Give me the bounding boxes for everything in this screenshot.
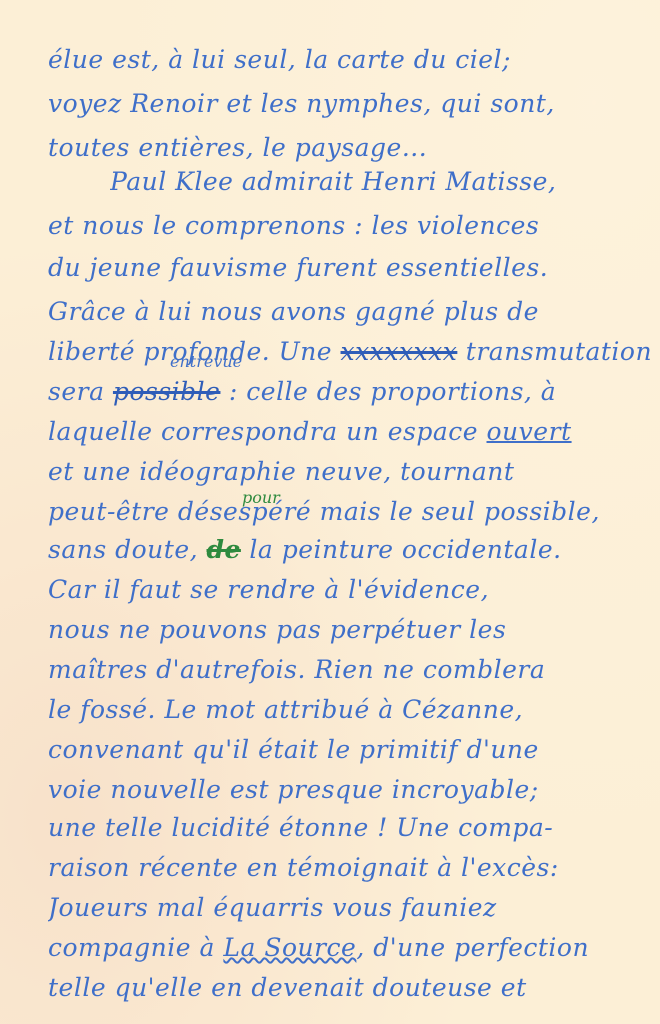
letter-line: nous ne pouvons pas perpétuer les — [48, 610, 660, 650]
letter-line: voie nouvelle est presque incroyable; — [48, 770, 660, 810]
letter-line: liberté profonde. Une xxxxxxxx transmuta… — [48, 332, 660, 372]
letter-line: Car il faut se rendre à l'évidence, — [48, 570, 660, 610]
letter-line: voyez Renoir et les nymphes, qui sont, — [48, 84, 660, 124]
struck-word: xxxxxxxx — [341, 337, 458, 366]
letter-page: élue est, à lui seul, la carte du ciel; … — [0, 0, 660, 1024]
paragraph-start-line: Paul Klee admirait Henri Matisse, — [110, 162, 660, 202]
struck-word: possible — [113, 377, 221, 406]
letter-line: et une idéographie neuve, tournant — [48, 452, 660, 492]
letter-line: convenant qu'il était le primitif d'une — [48, 730, 660, 770]
line-text: , d'une perfection — [356, 933, 589, 962]
letter-line: du jeune fauvisme furent essentielles. — [48, 248, 660, 288]
letter-line: Grâce à lui nous avons gagné plus de — [48, 292, 660, 332]
line-text: sera — [48, 377, 113, 406]
letter-line: Joueurs mal équarris vous fauniez — [48, 888, 660, 928]
line-text: compagnie à — [48, 933, 223, 962]
line-text: la peinture occidentale. — [241, 535, 562, 564]
letter-line: une telle lucidité étonne ! Une compa- — [48, 808, 660, 848]
line-text: transmutation — [457, 337, 652, 366]
underlined-title: La Source — [223, 933, 356, 962]
underlined-word: ouvert — [487, 417, 572, 446]
letter-line: et nous le comprenons : les violences — [48, 206, 660, 246]
line-text: : celle des proportions, à — [220, 377, 556, 406]
line-text: sans doute, — [48, 535, 207, 564]
letter-line: sans doute, de la peinture occidentale. — [48, 530, 660, 570]
letter-line: peut-être désespéré mais le seul possibl… — [48, 492, 660, 532]
interlinear-insertion: pour — [242, 488, 280, 507]
letter-line: le fossé. Le mot attribué à Cézanne, — [48, 690, 660, 730]
letter-line: laquelle correspondra un espace ouvert — [48, 412, 660, 452]
letter-line: sera possible : celle des proportions, à — [48, 372, 660, 412]
letter-line: telle qu'elle en devenait douteuse et — [48, 968, 660, 1008]
line-text: laquelle correspondra un espace — [48, 417, 487, 446]
letter-line: raison récente en témoignait à l'excès: — [48, 848, 660, 888]
letter-line: compagnie à La Source, d'une perfection — [48, 928, 660, 968]
letter-line: maîtres d'autrefois. Rien ne comblera — [48, 650, 660, 690]
interlinear-insertion: entrevue — [170, 352, 242, 371]
struck-word: de — [207, 535, 241, 564]
letter-line: élue est, à lui seul, la carte du ciel; — [48, 40, 660, 80]
